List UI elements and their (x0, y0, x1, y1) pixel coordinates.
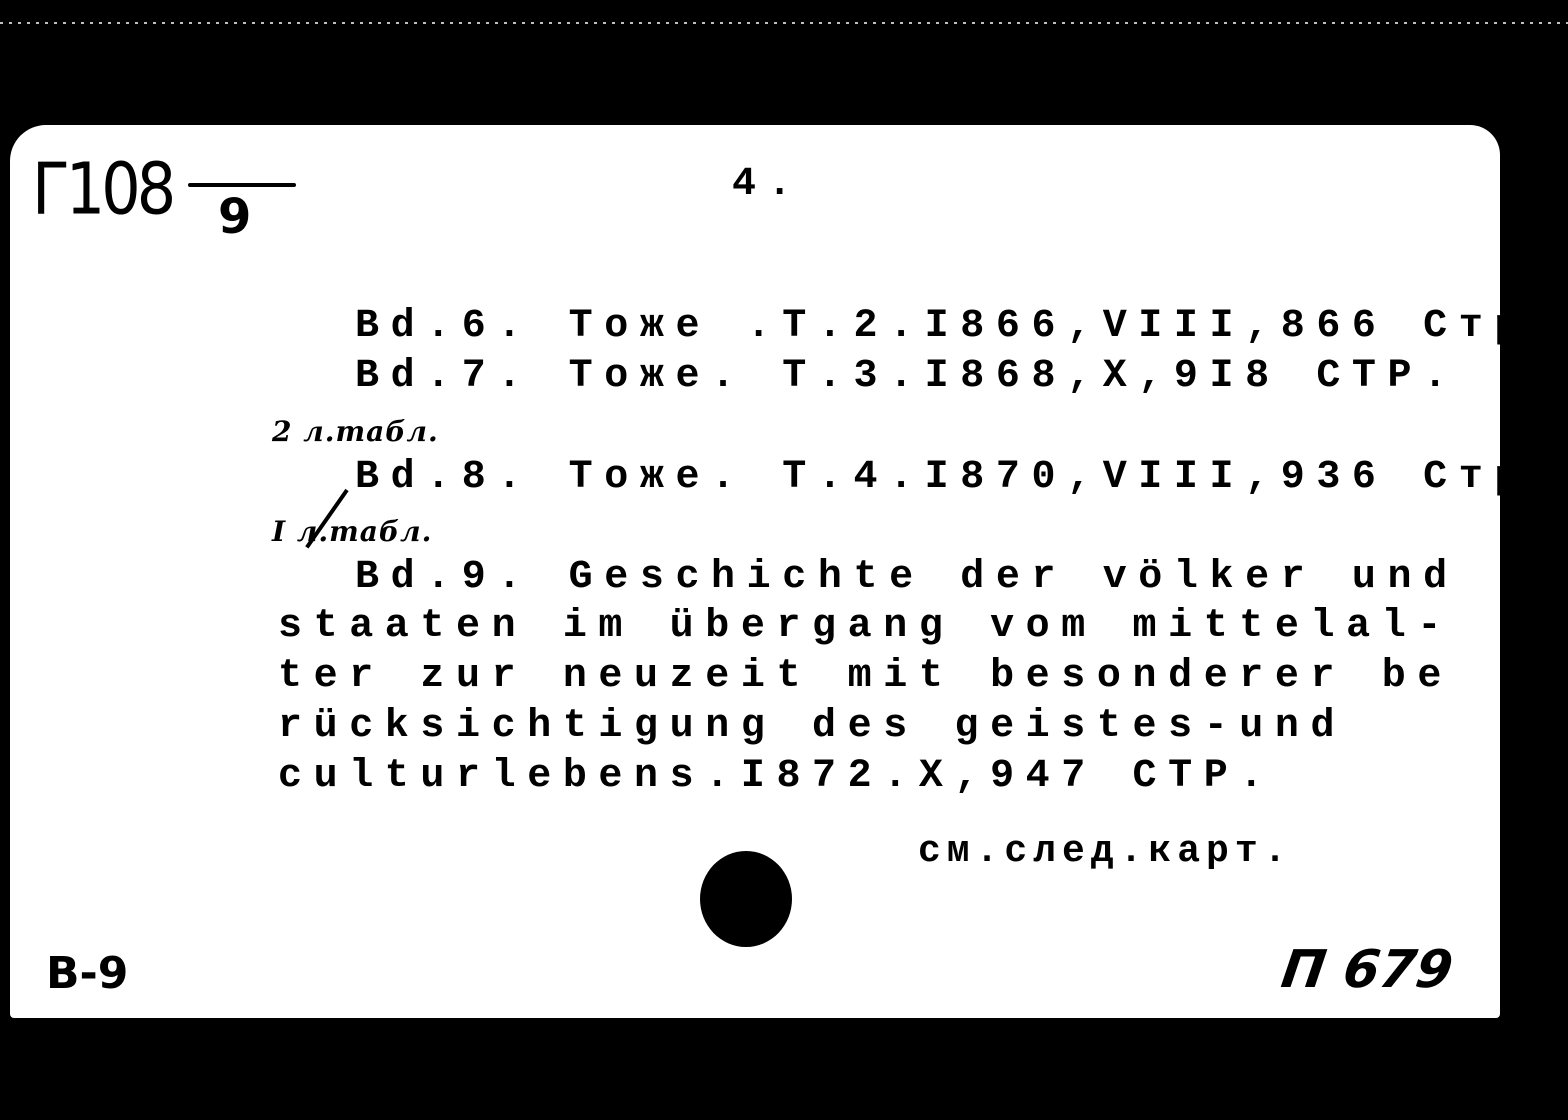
volume-label: Bd.9. (355, 555, 533, 600)
entry-text: Toже .T.2.I866,VIII,866 Cтр (569, 304, 1500, 349)
entry-bd8: Bd.8. Toже. T.4.I870,VIII,936 Cтр (355, 458, 1500, 498)
volume-label: Bd.7. (355, 354, 533, 399)
see-next-card: см.след.карт. (918, 833, 1292, 871)
entry-bd6: Bd.6. Toже .T.2.I866,VIII,866 Cтр (355, 307, 1500, 347)
entry-bd9-line1: Bd.9. Geschichte der völker und (355, 558, 1459, 598)
handwritten-note-plates-2: 2 л.табл. (272, 415, 439, 448)
volume-label: Bd.8. (355, 455, 533, 500)
card-sequence-number: 4. (732, 165, 803, 205)
fraction-denominator: 9 (218, 189, 251, 245)
entry-text: Toже. T.4.I870,VIII,936 Cтр (569, 455, 1500, 500)
punch-hole (700, 851, 792, 947)
entry-bd9-line4: rücksichtigung des geistes-und (278, 707, 1346, 747)
catalog-card: Г108 9 4. Bd.6. Toже .T.2.I866,VIII,866 … (10, 125, 1500, 1018)
entry-bd9-line2: staaten im übergang vom mittelal- (278, 607, 1453, 647)
entry-bd7: Bd.7. Toже. T.3.I868,X,9I8 CTP. (355, 357, 1459, 397)
entry-bd9-line5: culturlebens.I872.X,947 CTP. (278, 757, 1275, 797)
fraction-bar (188, 183, 296, 187)
entry-text: Geschichte der völker und (569, 555, 1459, 600)
volume-label: Bd.6. (355, 304, 533, 349)
scan-edge-artifact (0, 22, 1568, 24)
handwritten-note-plates-1: I л.табл. (272, 515, 432, 548)
entry-bd9-line3: ter zur neuzeit mit besonderer be (278, 657, 1453, 697)
bottom-right-mark: П 679 (1278, 940, 1457, 1000)
call-number: Г108 (32, 147, 172, 231)
entry-text: Toже. T.3.I868,X,9I8 CTP. (569, 354, 1459, 399)
bottom-left-mark: B-9 (46, 948, 128, 999)
